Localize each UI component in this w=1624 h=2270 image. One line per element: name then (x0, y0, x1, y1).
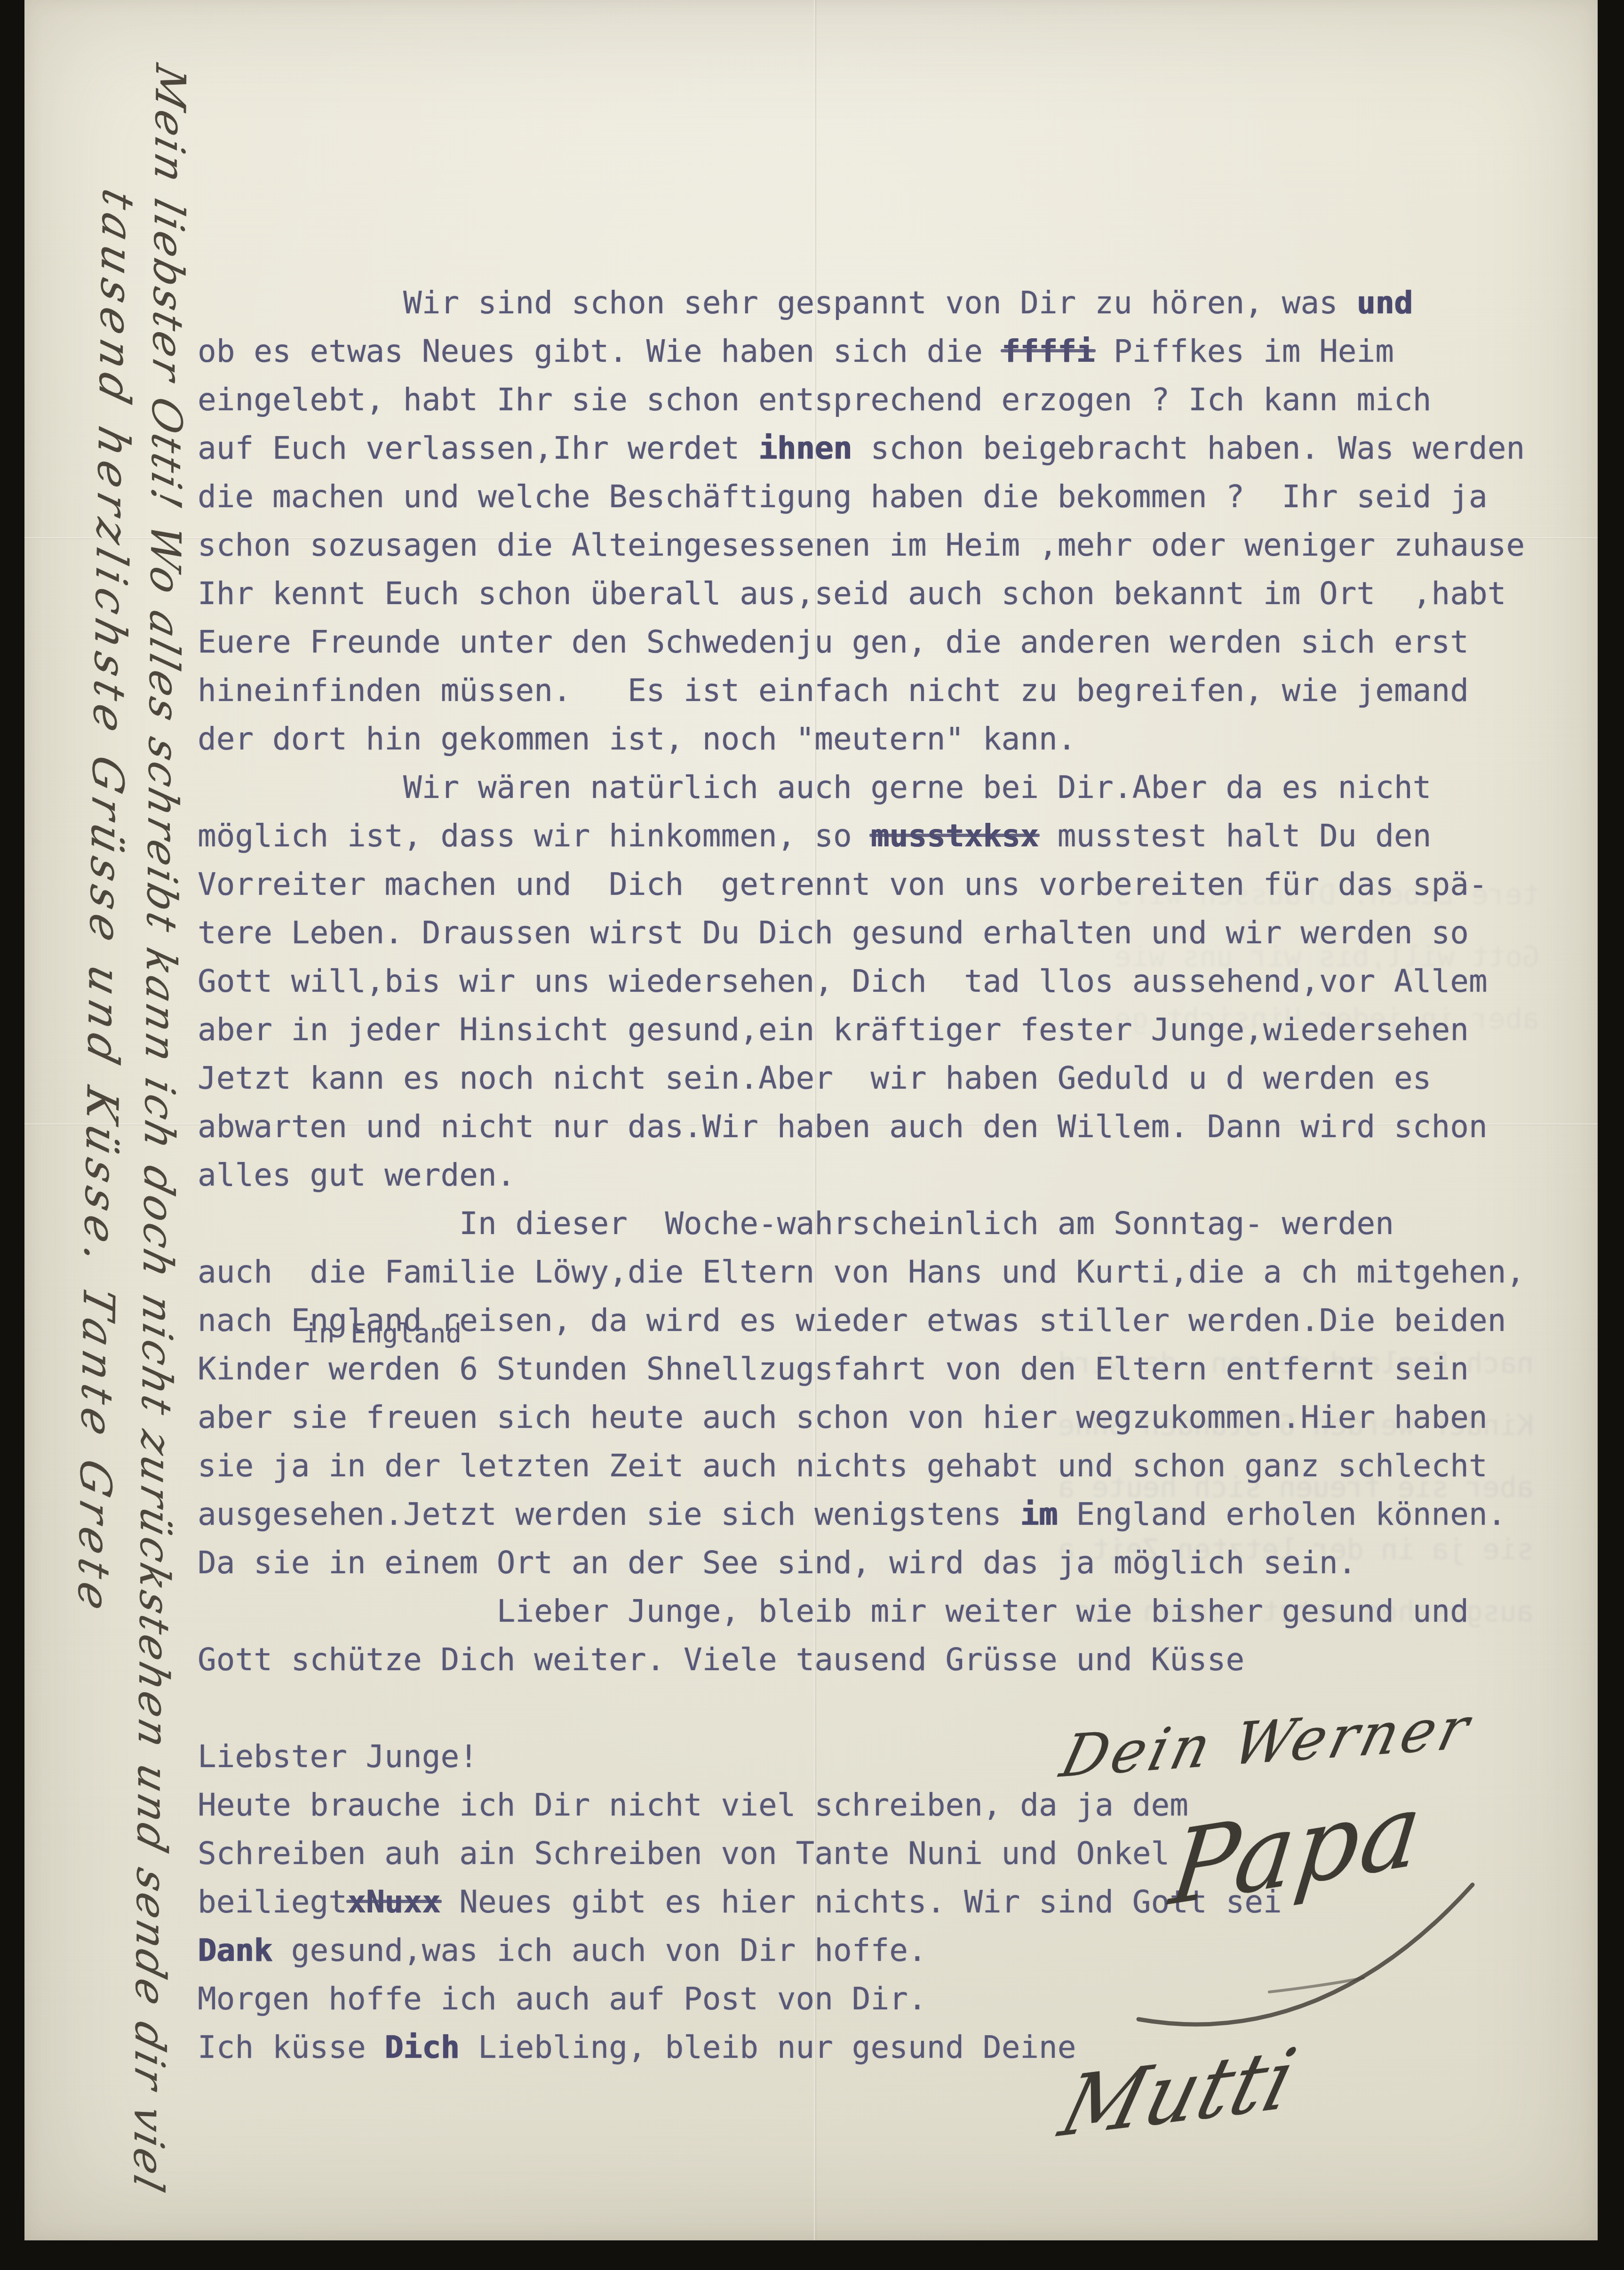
typed-line: der dort hin gekommen ist, noch "meutern… (198, 715, 1571, 763)
typed-text: Liebster Junge! (198, 1738, 478, 1775)
typed-line: Wir sind schon sehr gespannt von Dir zu … (198, 279, 1571, 327)
typed-text: Euere Freunde unter den Schwedenju gen, … (198, 624, 1469, 660)
typed-line: ob es etwas Neues gibt. Wie haben sich d… (198, 327, 1571, 375)
typed-struck-text: ffffi (1002, 333, 1095, 369)
typed-insert-note: in England (303, 1318, 462, 1349)
typed-line: abwarten und nicht nur das.Wir haben auc… (198, 1102, 1571, 1151)
typed-text: In dieser Woche-wahrscheinlich am Sonnta… (198, 1205, 1394, 1242)
typed-line: auch die Familie Löwy,die Eltern von Han… (198, 1248, 1571, 1296)
typed-line: Gott will,bis wir uns wiedersehen, Dich … (198, 957, 1571, 1005)
typed-text: sie ja in der letzten Zeit auch nichts g… (198, 1448, 1488, 1484)
typed-text: Jetzt kann es noch nicht sein.Aber wir h… (198, 1060, 1432, 1096)
typed-line: aber sie freuen sich heute auch schon vo… (198, 1393, 1571, 1442)
typed-line: Ich küsse Dich Liebling, bleib nur gesun… (198, 2023, 1571, 2071)
paper-sheet: nach England reisen, da wird es wieder e… (24, 0, 1598, 2240)
typed-line: Euere Freunde unter den Schwedenju gen, … (198, 618, 1571, 666)
typed-line: aber in jeder Hinsicht gesund,ein kräfti… (198, 1005, 1571, 1054)
typed-text: Heute brauche ich Dir nicht viel schreib… (198, 1787, 1188, 1823)
typed-line: schon sozusagen die Alteingesessenen im … (198, 521, 1571, 569)
typed-line: ausgesehen.Jetzt werden sie sich wenigst… (198, 1490, 1571, 1538)
typed-text: Wir sind schon sehr gespannt von Dir zu … (198, 285, 1357, 321)
typed-line: Kinder werden 6 Stunden Shnellzugsfahrt … (198, 1345, 1571, 1393)
typed-text: auch die Familie Löwy,die Eltern von Han… (198, 1254, 1525, 1290)
typed-text: Da sie in einem Ort an der See sind, wir… (198, 1545, 1357, 1581)
typed-text: gesund,was ich auch von Dir hoffe. (272, 1932, 927, 1968)
typed-line: möglich ist, dass wir hinkommen, so muss… (198, 812, 1571, 860)
typed-line: auf Euch verlassen,Ihr werdet ihnen scho… (198, 424, 1571, 472)
typed-text: Gott schütze Dich weiter. Viele tausend … (198, 1641, 1244, 1678)
typed-overstruck-text: im (1020, 1496, 1057, 1532)
typed-text: abwarten und nicht nur das.Wir haben auc… (198, 1108, 1488, 1145)
typed-struck-text: xNuxx (347, 1884, 441, 1920)
typed-text: musstest halt Du den (1039, 818, 1431, 854)
typed-text: aber sie freuen sich heute auch schon vo… (198, 1399, 1488, 1435)
typed-overstruck-text: Dich (384, 2029, 459, 2065)
typed-text: Vorreiter machen und Dich getrennt von u… (198, 866, 1488, 902)
typed-line: Morgen hoffe ich auch auf Post von Dir. (198, 1975, 1571, 2023)
typed-text: Schreiben auh ain Schreiben von Tante Nu… (198, 1835, 1170, 1872)
typed-text: Ihr kennt Euch schon überall aus,seid au… (198, 575, 1506, 612)
typed-line: eingelebt, habt Ihr sie schon entspreche… (198, 375, 1571, 424)
typed-line: alles gut werden. (198, 1151, 1571, 1199)
typed-text: Wir wären natürlich auch gerne bei Dir.A… (198, 769, 1432, 805)
typed-line: Wir wären natürlich auch gerne bei Dir.A… (198, 763, 1571, 812)
typed-overstruck-text: Dank (198, 1932, 272, 1968)
margin-handwriting-line-2: tausend herzlichste Grüsse und Küsse. Ta… (68, 184, 143, 1622)
typed-line: Da sie in einem Ort an der See sind, wir… (198, 1538, 1571, 1587)
typed-text: Morgen hoffe ich auch auf Post von Dir. (198, 1981, 927, 2017)
typed-line: Lieber Junge, bleib mir weiter wie bishe… (198, 1587, 1571, 1635)
typed-text: auf Euch verlassen,Ihr werdet (198, 430, 758, 466)
typed-text: Neues gibt es hier nichts. Wir sind Gott… (441, 1884, 1282, 1920)
typed-line: hineinfinden müssen. Es ist einfach nich… (198, 666, 1571, 715)
typed-text: hineinfinden müssen. Es ist einfach nich… (198, 672, 1469, 709)
typed-line: In dieser Woche-wahrscheinlich am Sonnta… (198, 1199, 1571, 1248)
typed-text: schon beigebracht haben. Was werden (852, 430, 1525, 466)
typed-text: tere Leben. Draussen wirst Du Dich gesun… (198, 915, 1469, 951)
typed-text: Piffkes im Heim (1095, 333, 1394, 369)
typed-text: Lieber Junge, bleib mir weiter wie bishe… (198, 1593, 1469, 1629)
typed-line: Jetzt kann es noch nicht sein.Aber wir h… (198, 1054, 1571, 1102)
typed-line: die machen und welche Beschäftigung habe… (198, 472, 1571, 521)
typed-text: schon sozusagen die Alteingesessenen im … (198, 527, 1525, 563)
typed-text: England erholen können. (1058, 1496, 1506, 1532)
typed-text: die machen und welche Beschäftigung habe… (198, 478, 1488, 515)
typed-line: Gott schütze Dich weiter. Viele tausend … (198, 1635, 1571, 1684)
typed-text: Ich küsse (198, 2029, 384, 2065)
typed-text: aber in jeder Hinsicht gesund,ein kräfti… (198, 1012, 1469, 1048)
typed-line: sie ja in der letzten Zeit auch nichts g… (198, 1442, 1571, 1490)
typed-line: Vorreiter machen und Dich getrennt von u… (198, 860, 1571, 908)
typed-text: beiliegt (198, 1884, 347, 1920)
typed-struck-text: musstxksx (870, 818, 1039, 854)
typed-line: tere Leben. Draussen wirst Du Dich gesun… (198, 908, 1571, 957)
typed-text: möglich ist, dass wir hinkommen, so (198, 818, 870, 854)
typed-text: eingelebt, habt Ihr sie schon entspreche… (198, 382, 1432, 418)
typed-text: Kinder werden 6 Stunden Shnellzugsfahrt … (198, 1351, 1469, 1387)
typed-overstruck-text: ihnen (758, 430, 852, 466)
typed-text: Liebling, bleib nur gesund Deine (459, 2029, 1076, 2065)
typed-line: Ihr kennt Euch schon überall aus,seid au… (198, 569, 1571, 618)
typed-overstruck-text: und (1357, 285, 1413, 321)
typed-text: alles gut werden. (198, 1157, 516, 1193)
typed-text: der dort hin gekommen ist, noch "meutern… (198, 721, 1076, 757)
letter-photo: { "page": { "frame_color": "#12100d", "p… (0, 0, 1624, 2270)
typed-line: Dank gesund,was ich auch von Dir hoffe. (198, 1926, 1571, 1975)
typed-text: ob es etwas Neues gibt. Wie haben sich d… (198, 333, 1002, 369)
typed-text: ausgesehen.Jetzt werden sie sich wenigst… (198, 1496, 1020, 1532)
typed-text: Gott will,bis wir uns wiedersehen, Dich … (198, 963, 1488, 999)
